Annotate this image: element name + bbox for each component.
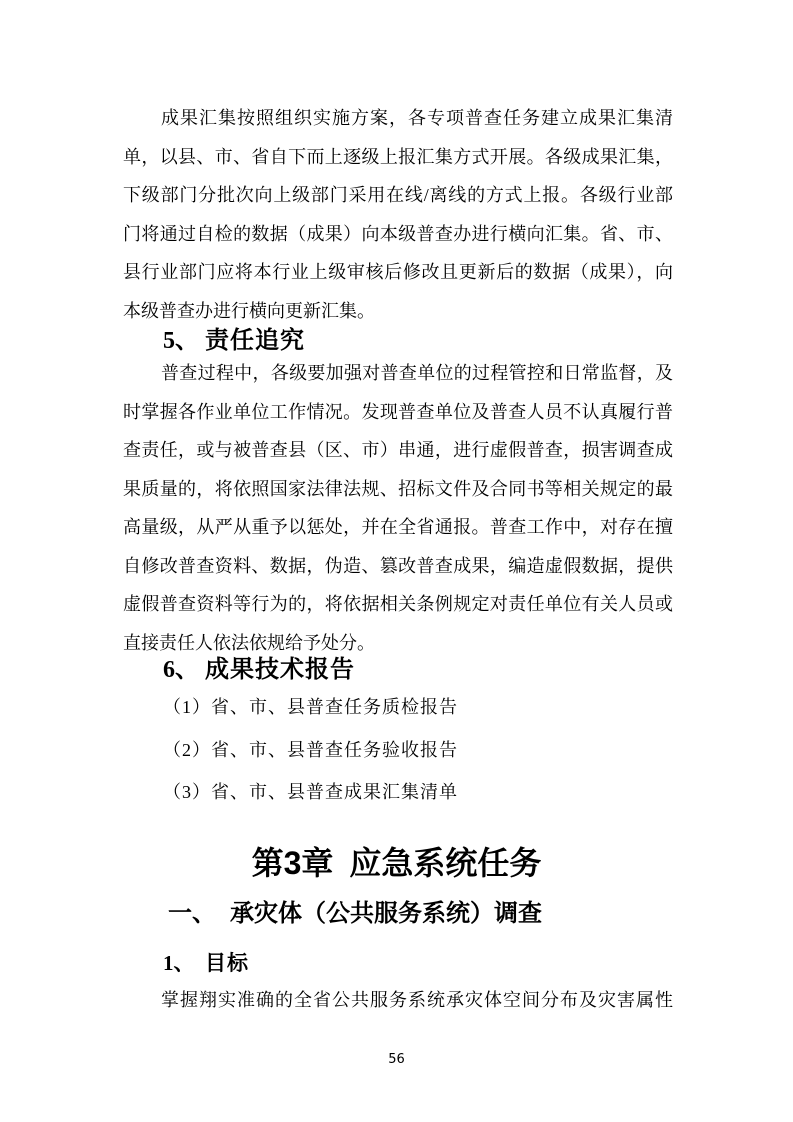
text-line: 自修改普查资料、数据，伪造、篡改普查成果，编造虚假数据，提供	[123, 547, 673, 586]
chapter-number: 第3章	[252, 845, 334, 881]
report-list-item: （2）省、市、县普查任务验收报告	[163, 739, 458, 761]
text-line: 普查过程中，各级要加强对普查单位的过程管控和日常监督，及	[123, 354, 673, 393]
heading-title: 承灾体（公共服务系统）调查	[230, 900, 542, 927]
text-line: 单，以县、市、省自下而上逐级上报汇集方式开展。各级成果汇集，	[123, 138, 673, 177]
subsection-1-heading: 1、目标	[163, 951, 249, 975]
text-line: 县行业部门应将本行业上级审核后修改且更新后的数据（成果），向	[123, 253, 673, 292]
paragraph-results-collection: 成果汇集按照组织实施方案，各专项普查任务建立成果汇集清 单，以县、市、省自下而上…	[123, 99, 673, 330]
heading-number: 1、	[163, 951, 205, 975]
report-list-item: （1）省、市、县普查任务质检报告	[163, 696, 458, 718]
section-6-heading: 6、成果技术报告	[163, 657, 355, 683]
text-line: 门将通过自检的数据（成果）向本级普查办进行横向汇集。省、市、	[123, 215, 673, 254]
paragraph-objective: 掌握翔实准确的全省公共服务系统承灾体空间分布及灾害属性	[123, 981, 673, 1020]
chapter-heading: 第3章应急系统任务	[0, 844, 793, 882]
text-line: 成果汇集按照组织实施方案，各专项普查任务建立成果汇集清	[123, 99, 673, 138]
text-line: 本级普查办进行横向更新汇集。	[123, 292, 673, 331]
report-list-item: （3）省、市、县普查成果汇集清单	[163, 781, 458, 803]
text-line: 掌握翔实准确的全省公共服务系统承灾体空间分布及灾害属性	[123, 981, 673, 1020]
heading-title: 成果技术报告	[205, 657, 355, 683]
text-line: 时掌握各作业单位工作情况。发现普查单位及普查人员不认真履行普	[123, 393, 673, 432]
text-line: 虚假普查资料等行为的，将依据相关条例规定对责任单位有关人员或	[123, 585, 673, 624]
text-line: 下级部门分批次向上级部门采用在线/离线的方式上报。各级行业部	[123, 176, 673, 215]
paragraph-accountability: 普查过程中，各级要加强对普查单位的过程管控和日常监督，及 时掌握各作业单位工作情…	[123, 354, 673, 662]
heading-number: 6、	[163, 657, 205, 683]
text-line: 查责任，或与被普查县（区、市）串通，进行虚假普查，损害调查成	[123, 431, 673, 470]
heading-number: 5、	[163, 328, 205, 354]
heading-number: 一、	[168, 899, 230, 929]
section-5-heading: 5、责任追究	[163, 328, 305, 354]
chapter-title: 应急系统任务	[349, 845, 541, 881]
text-line: 高量级，从严从重予以惩处，并在全省通报。普查工作中，对存在擅	[123, 508, 673, 547]
heading-title: 责任追究	[205, 328, 305, 354]
section-one-heading: 一、承灾体（公共服务系统）调查	[168, 899, 542, 929]
document-page: 成果汇集按照组织实施方案，各专项普查任务建立成果汇集清 单，以县、市、省自下而上…	[0, 0, 793, 1122]
page-number: 56	[0, 1052, 793, 1067]
heading-title: 目标	[205, 951, 249, 975]
text-line: 果质量的，将依照国家法律法规、招标文件及合同书等相关规定的最	[123, 470, 673, 509]
